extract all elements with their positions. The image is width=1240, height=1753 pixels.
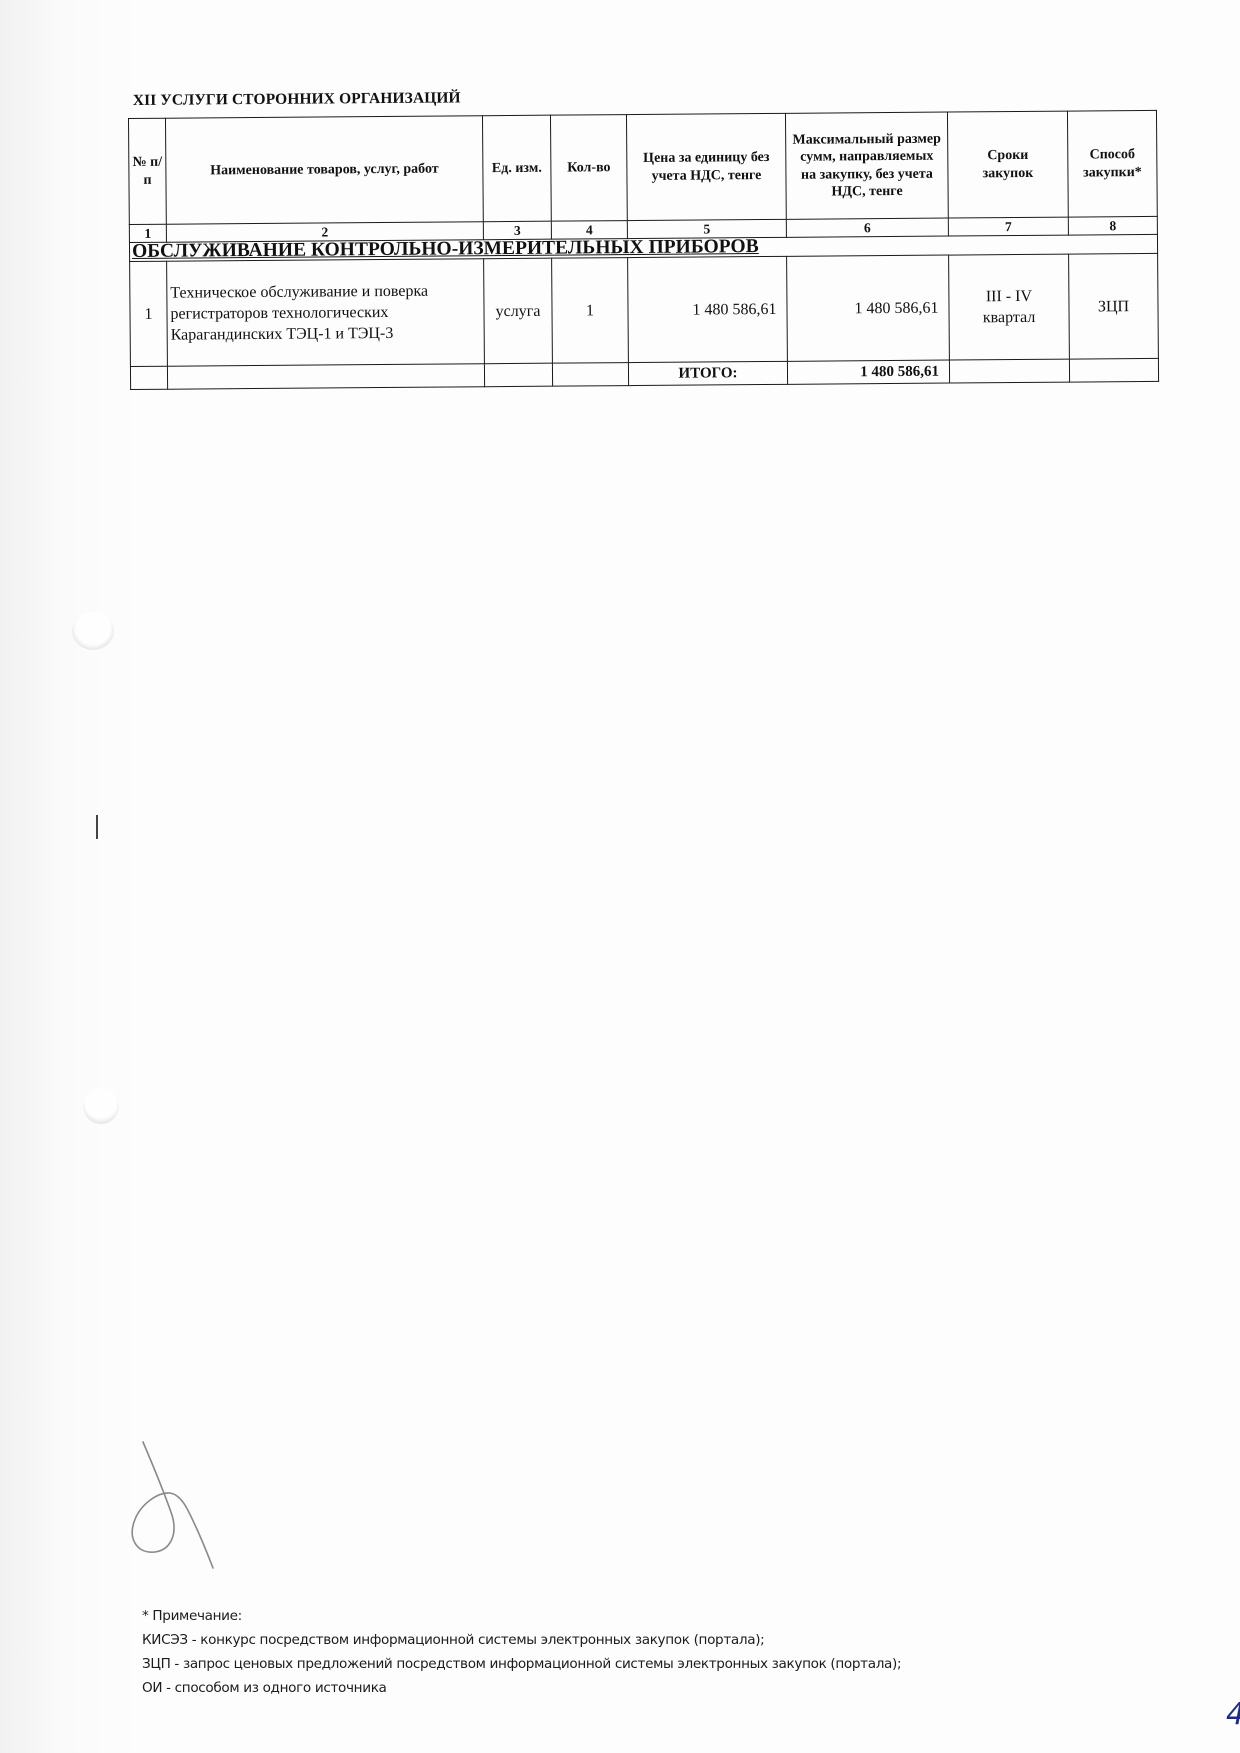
cell-unit: услуга: [484, 258, 553, 364]
column-number: 8: [1068, 216, 1157, 235]
total-value: 1 480 586,61: [787, 360, 949, 384]
cell-period: III - IV квартал: [949, 254, 1070, 360]
section-title: XII УСЛУГИ СТОРОННИХ ОРГАНИЗАЦИЙ: [133, 89, 461, 110]
table-row: 1 Техническое обслуживание и поверка рег…: [130, 253, 1159, 366]
scan-mark: [96, 815, 98, 839]
footnote-heading: * Примечание:: [142, 1604, 901, 1628]
procurement-table: № п/п Наименование товаров, услуг, работ…: [128, 110, 1159, 390]
header-name: Наименование товаров, услуг, работ: [165, 116, 483, 224]
total-label: ИТОГО:: [628, 361, 787, 385]
footnote-line: КИСЭЗ - конкурс посредством информационн…: [142, 1628, 901, 1652]
header-no: № п/п: [128, 118, 166, 224]
header-period: Сроки закупок: [947, 111, 1068, 218]
header-max-amount: Максимальный размер сумм, направляемых н…: [785, 112, 948, 219]
hole-punch-top: [72, 612, 114, 650]
column-number: 7: [948, 217, 1068, 236]
cell-method: ЗЦП: [1069, 253, 1159, 359]
cell-name: Техническое обслуживание и поверка регис…: [167, 259, 485, 366]
footnotes: * Примечание: КИСЭЗ - конкурс посредство…: [142, 1604, 901, 1700]
cell-qty: 1: [552, 258, 629, 364]
footnote-line: ЗЦП - запрос ценовых предложений посредс…: [142, 1652, 901, 1676]
header-unit-price: Цена за единицу без учета НДС, тенге: [626, 113, 786, 220]
footnote-line: ОИ - способом из одного источника: [142, 1676, 901, 1700]
cell-no: 1: [130, 261, 168, 366]
hole-punch-bottom: [83, 1088, 119, 1124]
cell-max-amount: 1 480 586,61: [787, 255, 950, 361]
column-number: 1: [129, 224, 166, 242]
header-unit: Ед. изм.: [482, 115, 551, 222]
cell-unit-price: 1 480 586,61: [628, 256, 788, 362]
column-number: 6: [786, 218, 948, 237]
signature: [120, 1440, 230, 1580]
document-body: XII УСЛУГИ СТОРОННИХ ОРГАНИЗАЦИЙ № п/п Н…: [0, 0, 1240, 501]
handwritten-page-number: 4: [1226, 1697, 1240, 1732]
header-qty: Кол-во: [550, 115, 627, 222]
header-row: № п/п Наименование товаров, услуг, работ…: [128, 110, 1157, 224]
header-method: Способ закупки*: [1067, 110, 1157, 217]
